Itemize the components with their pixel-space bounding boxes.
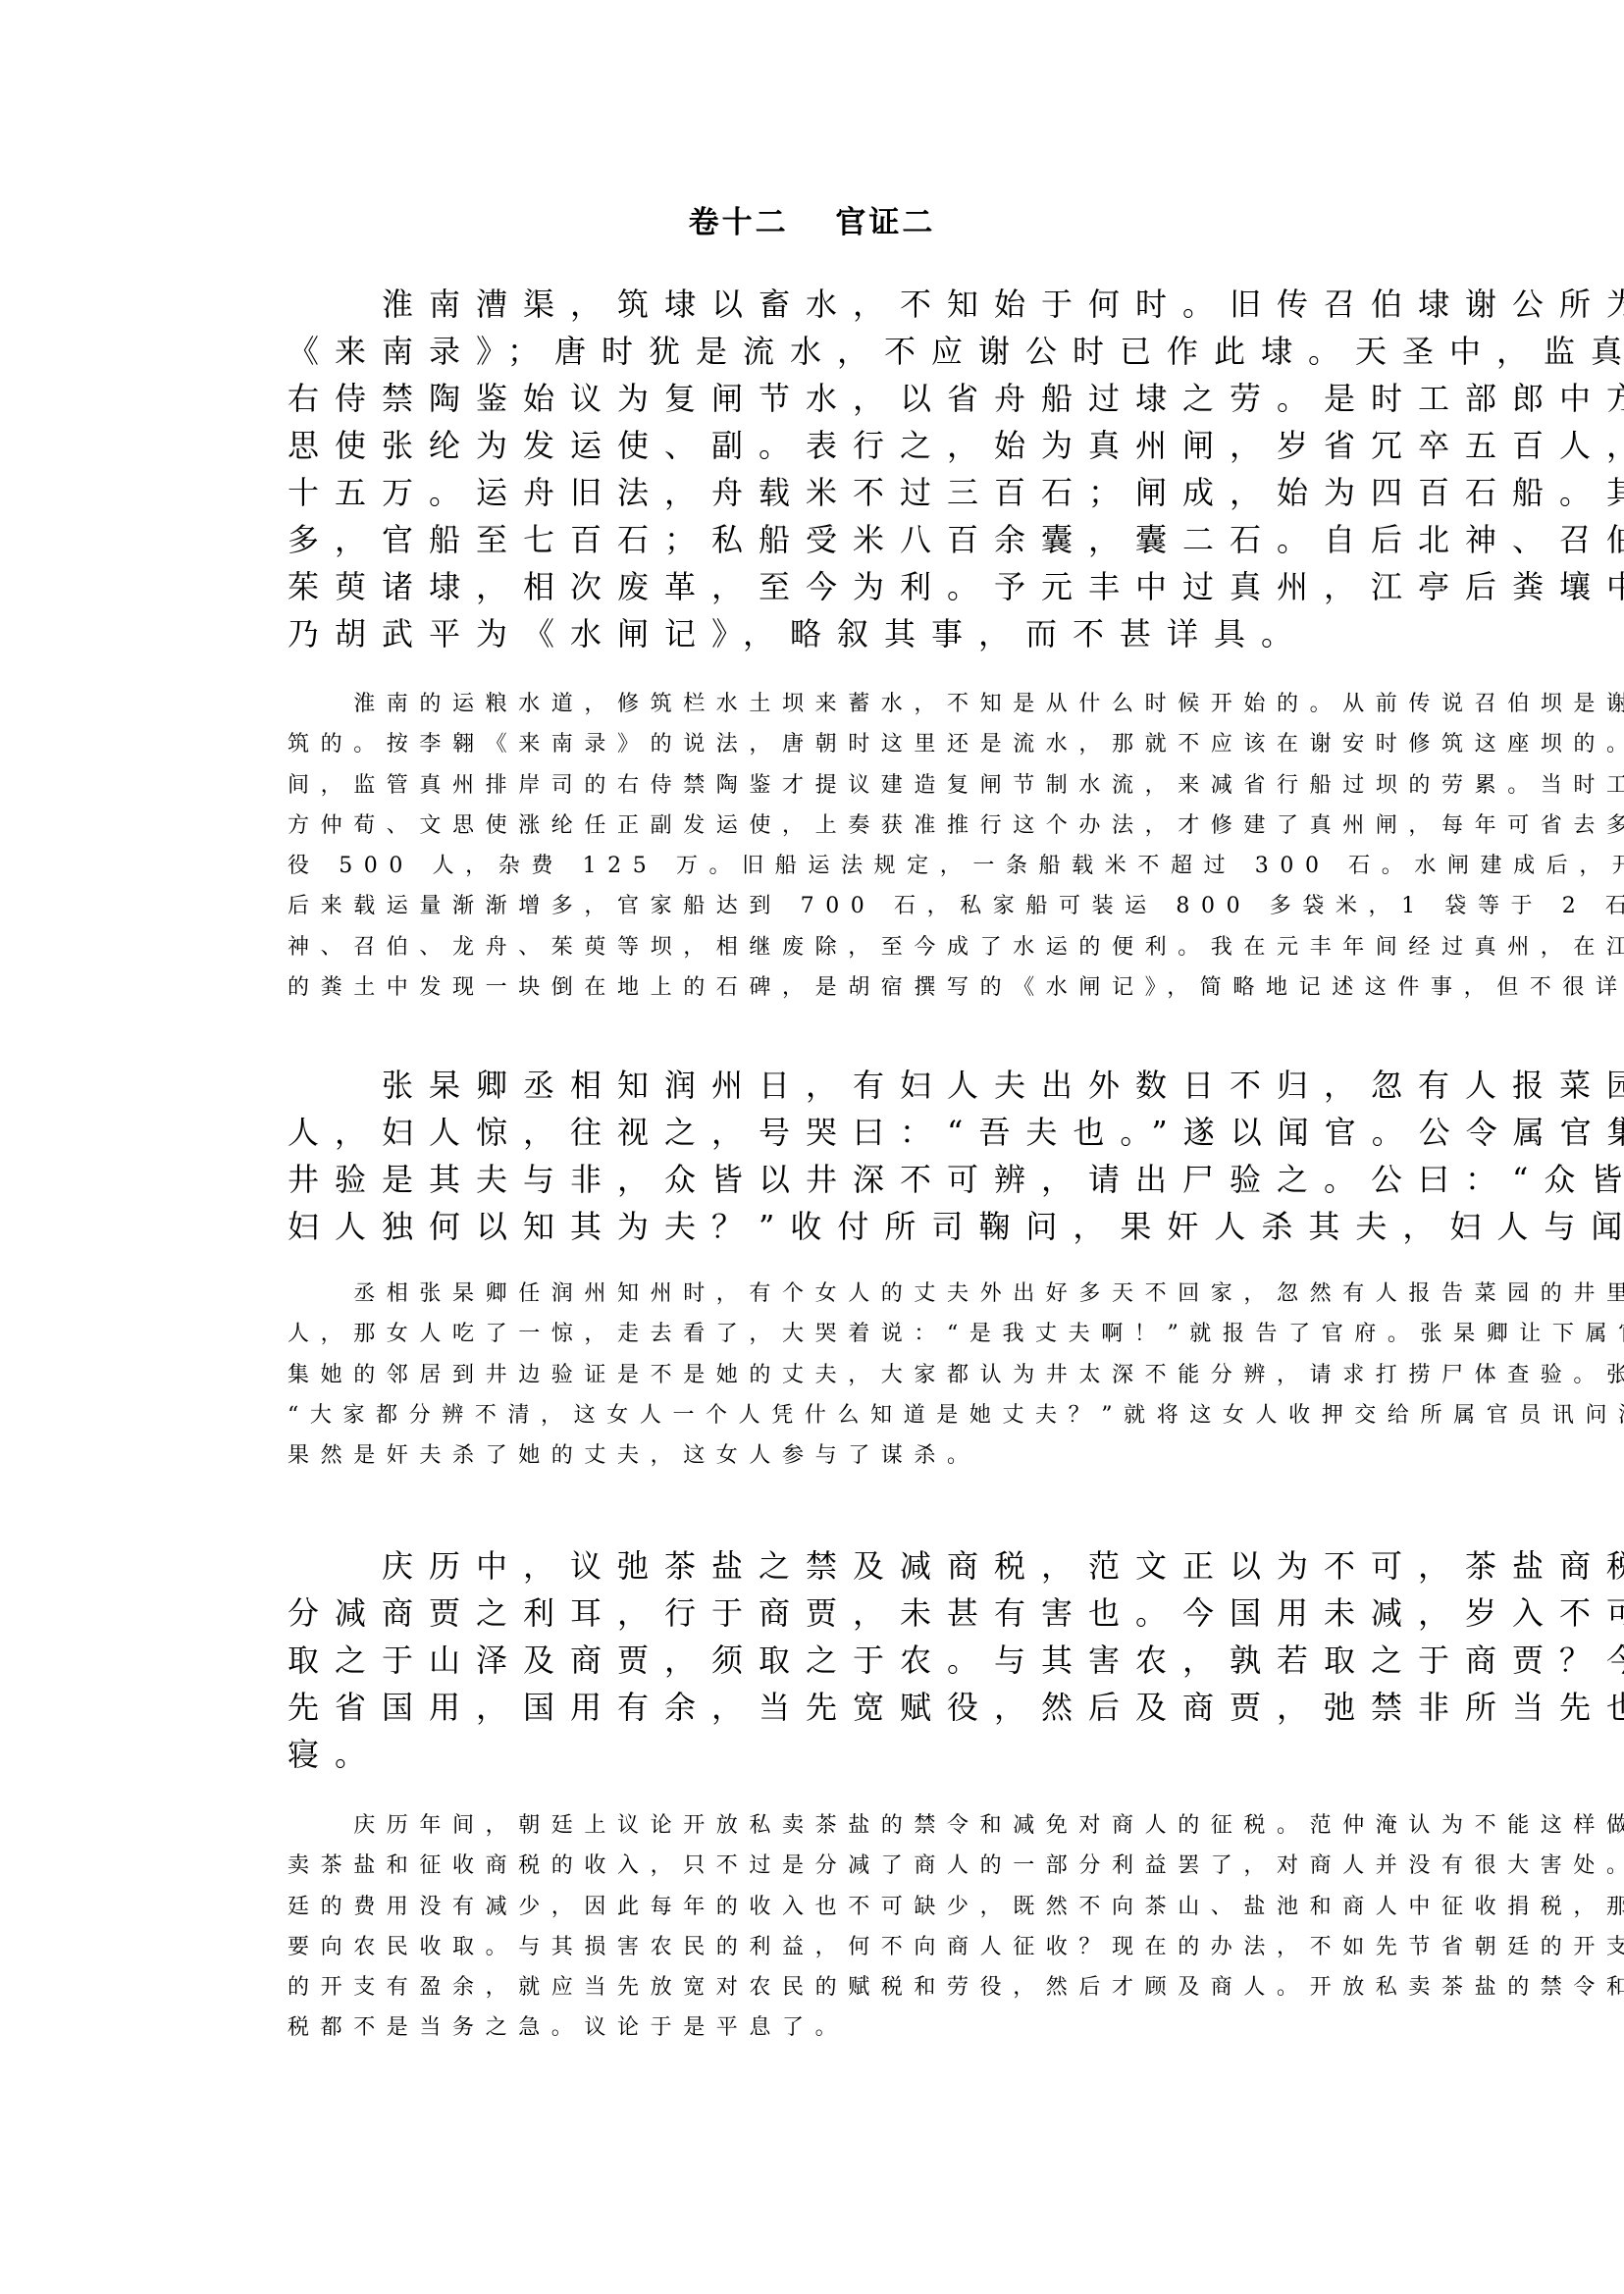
text-line: 淮南漕渠，筑埭以畜水，不知始于何时。旧传召伯埭谢公所为。按李翱	[288, 281, 1352, 328]
text-line: 淮南的运粮水道，修筑栏水土坝来蓄水，不知是从什么时候开始的。从前传说召伯坝是谢安…	[288, 684, 1352, 724]
translation-paragraph-1: 淮南的运粮水道，修筑栏水土坝来蓄水，不知是从什么时候开始的。从前传说召伯坝是谢安…	[288, 684, 1352, 1008]
text-line: 张杲卿丞相知润州日，有妇人夫出外数日不归，忽有人报菜园井中有死	[288, 1062, 1352, 1109]
text-line: 后来载运量渐渐增多，官家船达到 700 石，私家船可装运 800 多袋米，1 袋…	[288, 886, 1352, 926]
text-line: 卖茶盐和征收商税的收入，只不过是分减了商人的一部分利益罢了，对商人并没有很大害处…	[288, 1846, 1352, 1886]
text-line: 右侍禁陶鉴始议为复闸节水，以省舟船过埭之劳。是时工部郎中方仲荀、文	[288, 375, 1352, 422]
text-line: 井验是其夫与非，众皆以井深不可辨，请出尸验之。公曰：“众皆不能辨。	[288, 1156, 1352, 1203]
original-paragraph-1: 淮南漕渠，筑埭以畜水，不知始于何时。旧传召伯埭谢公所为。按李翱 《来南录》；唐时…	[288, 281, 1352, 657]
document-page: 卷十二 官证二 淮南漕渠，筑埭以畜水，不知始于何时。旧传召伯埭谢公所为。按李翱 …	[0, 0, 1624, 2294]
original-paragraph-3: 庆历中，议弛茶盐之禁及减商税，范文正以为不可，茶盐商税之入，但 分减商贾之利耳，…	[288, 1542, 1352, 1778]
text-line: 庆历年间，朝廷上议论开放私卖茶盐的禁令和减免对商人的征税。范仲淹认为不能这样做。…	[288, 1805, 1352, 1846]
text-line: 思使张纶为发运使、副。表行之，始为真州闸，岁省冗卒五百人，杂费百二	[288, 422, 1352, 469]
text-line: 方仲荀、文思使涨纶任正副发运使，上奏获准推行这个办法，才修建了真州闸，每年可省去…	[288, 806, 1352, 846]
translation-paragraph-3: 庆历年间，朝廷上议论开放私卖茶盐的禁令和减免对商人的征税。范仲淹认为不能这样做。…	[288, 1805, 1352, 2049]
text-line: 间，监管真州排岸司的右侍禁陶鉴才提议建造复闸节制水流，来减省行船过坝的劳累。当时…	[288, 765, 1352, 806]
text-line: 税都不是当务之急。议论于是平息了。	[288, 2007, 1352, 2048]
text-line: 十五万。运舟旧法，舟载米不过三百石；闸成，始为四百石船。其后所载浸	[288, 469, 1352, 516]
text-line: 先省国用，国用有余，当先宽赋役，然后及商贾，弛禁非所当先也。其议遂	[288, 1684, 1352, 1731]
text-line: 庆历中，议弛茶盐之禁及减商税，范文正以为不可，茶盐商税之入，但	[288, 1542, 1352, 1590]
text-line: 人，妇人惊，往视之，号哭曰：“吾夫也。”遂以闻官。公令属官集邻里就	[288, 1109, 1352, 1156]
text-line: 多，官船至七百石；私船受米八百余囊，囊二石。自后北神、召伯、龙舟、	[288, 516, 1352, 563]
translation-paragraph-2: 丞相张杲卿任润州知州时，有个女人的丈夫外出好多天不回家，忽然有人报告菜园的井里有…	[288, 1274, 1352, 1476]
text-line: “大家都分辨不清，这女人一个人凭什么知道是她丈夫？”就将这女人收押交给所属官员讯…	[288, 1395, 1352, 1435]
text-line: 寝。	[288, 1731, 1352, 1778]
text-line: 取之于山泽及商贾，须取之于农。与其害农，孰若取之于商贾？今为计莫著	[288, 1637, 1352, 1684]
chapter-title: 卷十二 官证二	[0, 199, 1624, 246]
text-line: 的开支有盈余，就应当先放宽对农民的赋税和劳役，然后才顾及商人。开放私卖茶盐的禁令…	[288, 1967, 1352, 2007]
text-line: 乃胡武平为《水闸记》，略叙其事，而不甚详具。	[288, 610, 1352, 657]
text-line: 丞相张杲卿任润州知州时，有个女人的丈夫外出好多天不回家，忽然有人报告菜园的井里有…	[288, 1274, 1352, 1314]
text-line: 役 500 人，杂费 125 万。旧船运法规定，一条船载米不超过 300 石。水…	[288, 846, 1352, 886]
text-line: 妇人独何以知其为夫？”收付所司鞠问，果奸人杀其夫，妇人与闻其谋。	[288, 1203, 1352, 1250]
text-line: 要向农民收取。与其损害农民的利益，何不向商人征收？现在的办法，不如先节省朝廷的开…	[288, 1927, 1352, 1967]
text-line: 筑的。按李翱《来南录》的说法，唐朝时这里还是流水，那就不应该在谢安时修筑这座坝的…	[288, 724, 1352, 764]
text-line: 廷的费用没有减少，因此每年的收入也不可缺少，既然不向茶山、盐池和商人中征收捐税，…	[288, 1887, 1352, 1927]
original-paragraph-2: 张杲卿丞相知润州日，有妇人夫出外数日不归，忽有人报菜园井中有死 人，妇人惊，往视…	[288, 1062, 1352, 1250]
text-line: 茱萸诸埭，相次废革，至今为利。予元丰中过真州，江亭后粪壤中见一卧石，	[288, 563, 1352, 610]
text-line: 神、召伯、龙舟、茱萸等坝，相继废除，至今成了水运的便利。我在元丰年间经过真州，在…	[288, 927, 1352, 967]
text-line: 集她的邻居到井边验证是不是她的丈夫，大家都认为井太深不能分辨，请求打捞尸体查验。…	[288, 1355, 1352, 1395]
text-line: 人，那女人吃了一惊，走去看了，大哭着说：“是我丈夫啊！”就报告了官府。张杲卿让下…	[288, 1314, 1352, 1354]
text-line: 的粪土中发现一块倒在地上的石碑，是胡宿撰写的《水闸记》，简略地记述这件事，但不很…	[288, 967, 1352, 1008]
text-line: 分减商贾之利耳，行于商贾，未甚有害也。今国用未减，岁入不可阙，既不	[288, 1590, 1352, 1637]
text-line: 《来南录》；唐时犹是流水，不应谢公时已作此埭。天圣中，监真州排岸司	[288, 328, 1352, 375]
text-line: 果然是奸夫杀了她的丈夫，这女人参与了谋杀。	[288, 1435, 1352, 1476]
